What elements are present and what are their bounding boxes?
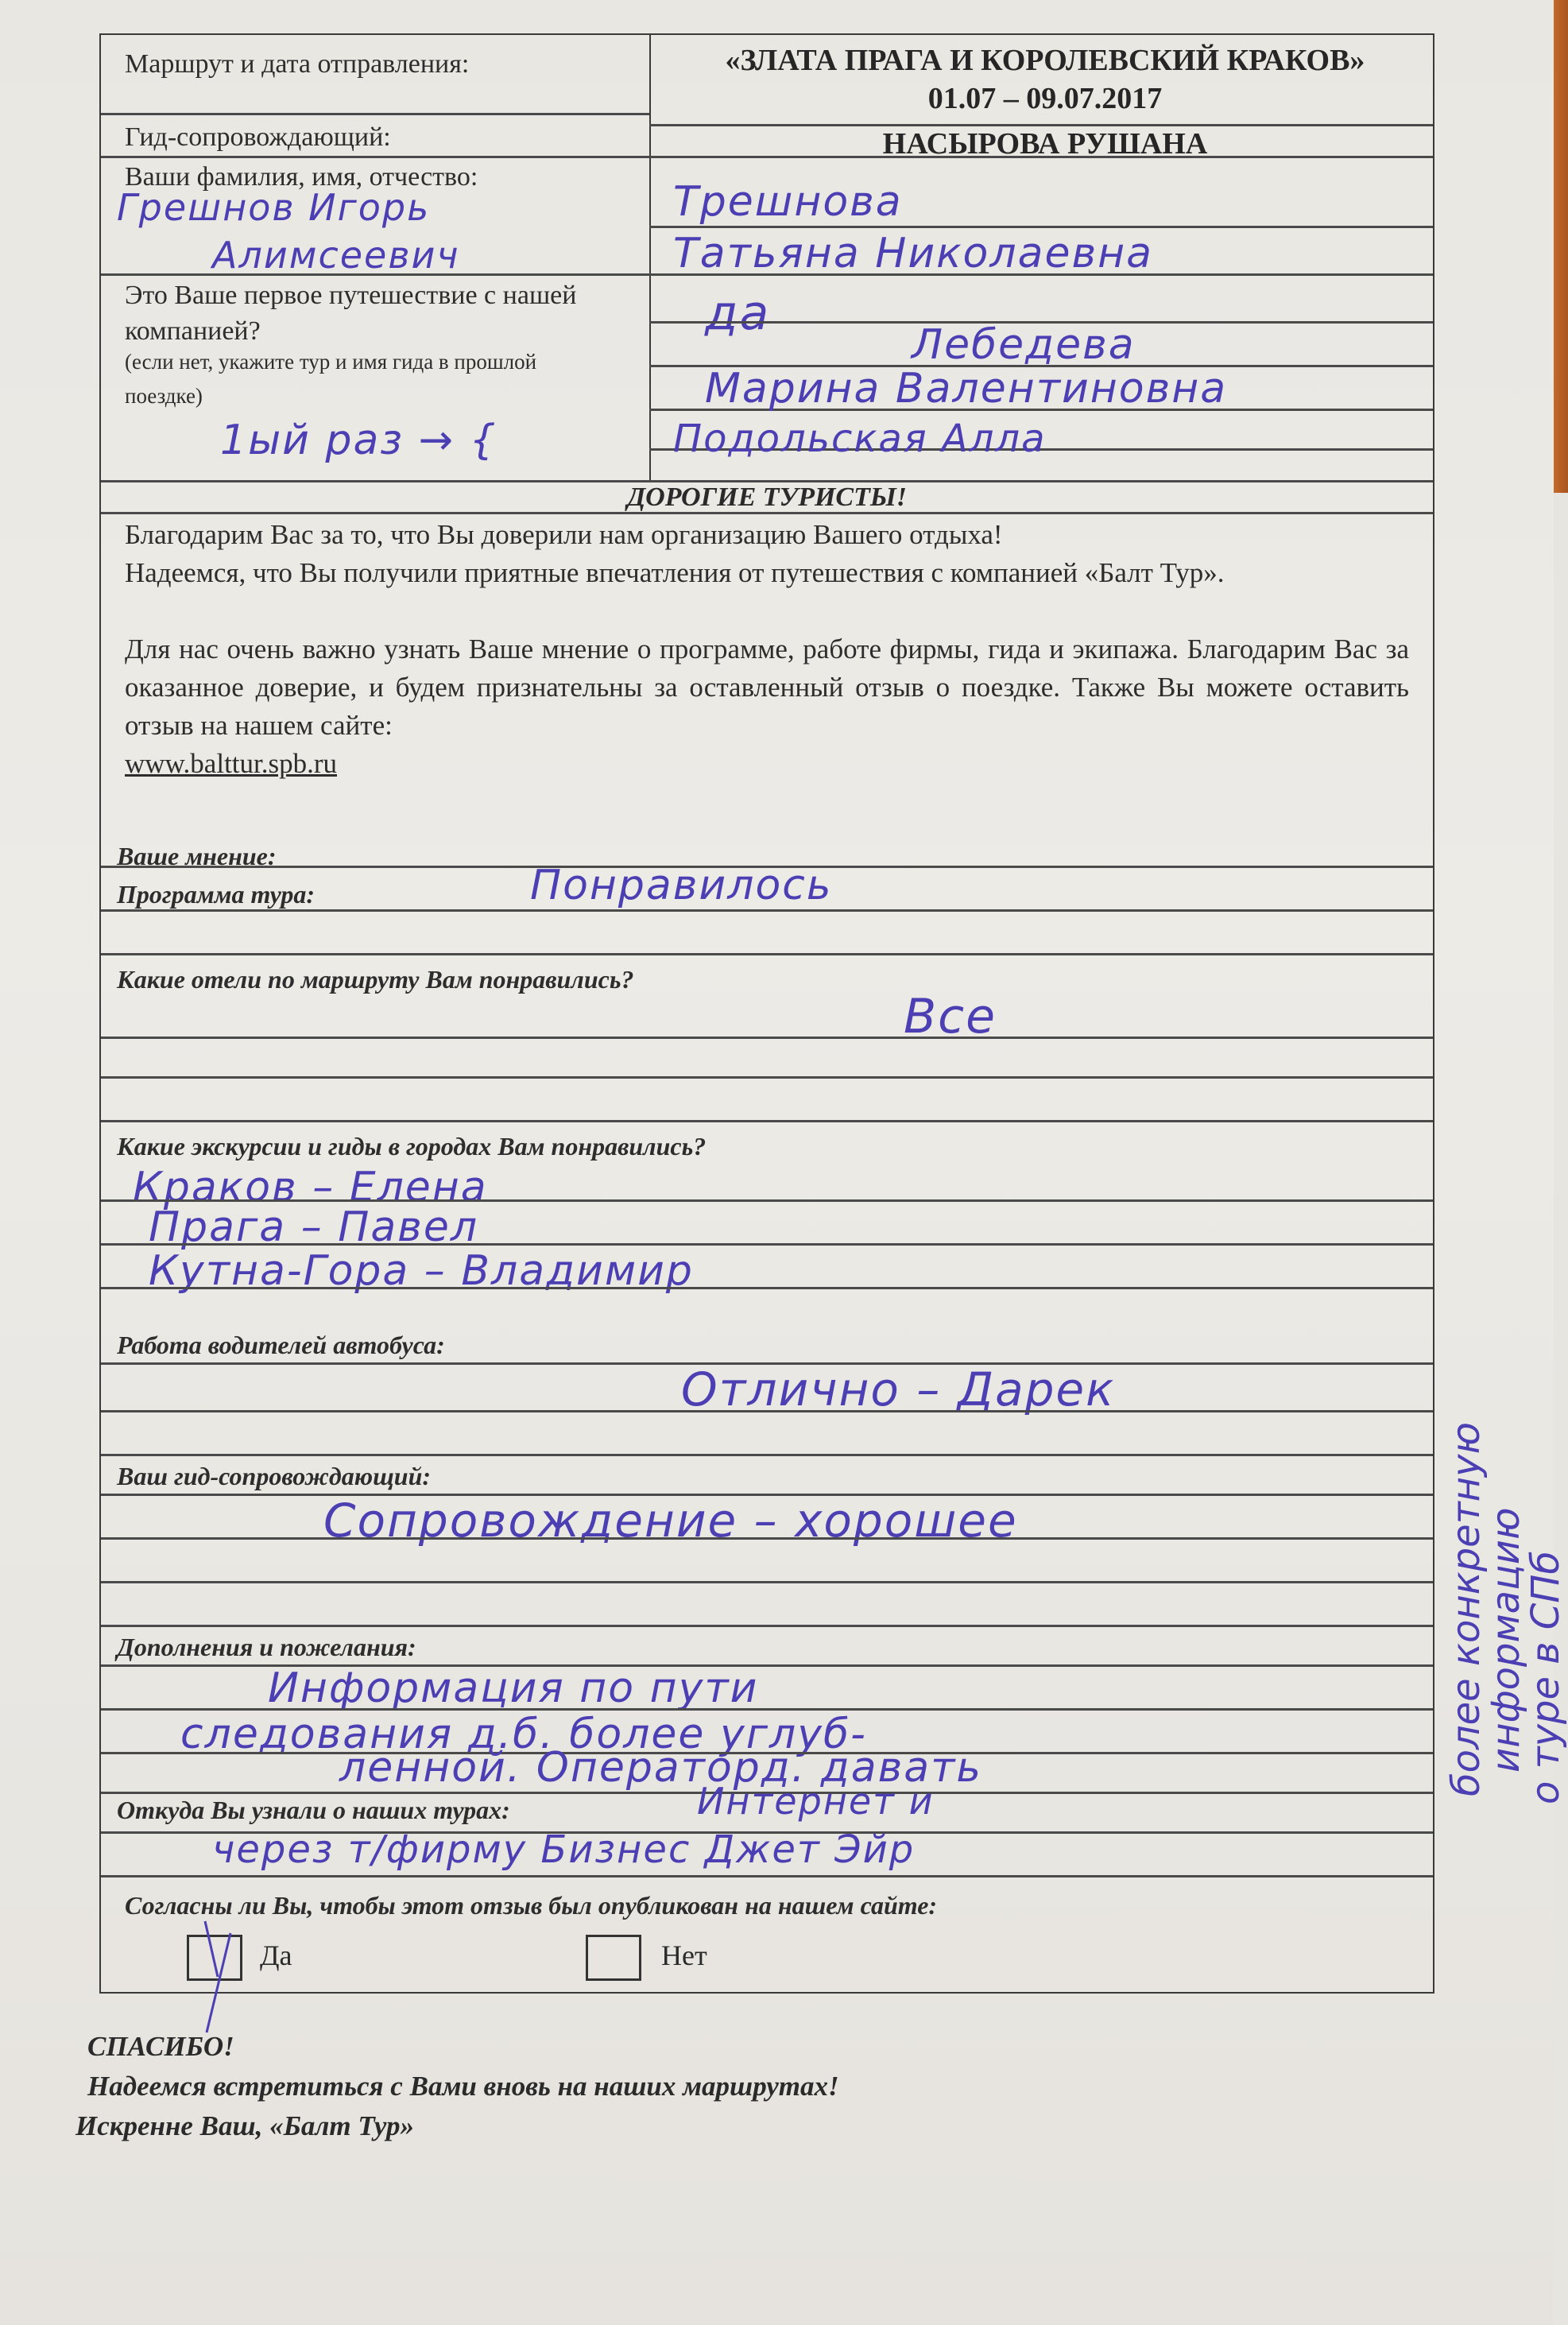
first-trip-label: Это Ваше первое путешествие с нашей комп… [125,277,618,349]
divider [101,1875,1433,1877]
source-answer-1: Интернет и [697,1780,934,1823]
website-link[interactable]: www.balttur.spb.ru [125,745,1409,783]
check-mark-icon [189,1921,240,2017]
first-trip-extra-1: Лебедева [912,321,1136,369]
wishes-answer-1: Информация по пути [268,1664,758,1712]
first-trip-extra-2: Марина Валентиновна [705,365,1227,413]
first-trip-hint: (если нет, укажите тур и имя гида в прош… [125,345,618,413]
divider [101,1243,1433,1246]
divider [101,1076,1433,1079]
publish-yes-label: Да [260,1939,292,1972]
first-trip-answer: да [705,285,770,341]
publish-label: Согласны ли Вы, чтобы этот отзыв был опу… [125,1891,937,1920]
first-trip-left-note: 1ый раз → { [220,417,498,464]
feedback-form: Маршрут и дата отправления: «ЗЛАТА ПРАГА… [99,33,1434,1994]
first-trip-extra-3: Подольская Алла [673,417,1047,461]
column-divider [649,35,651,480]
name-handwritten-right-1: Трешнова [673,178,903,226]
footer-signature: Искренне Ваш, «Балт Тур» [75,2110,414,2142]
divider [101,953,1433,955]
publish-no-label: Нет [661,1939,707,1972]
guide-feedback-label: Ваш гид-сопровождающий: [117,1462,431,1491]
program-answer: Понравилось [530,862,833,909]
intro-paragraph-1: Благодарим Вас за то, что Вы доверили на… [125,516,1409,554]
divider [101,1037,1433,1039]
name-handwritten-right-2: Татьяна Николаевна [673,230,1153,277]
divider [649,226,1433,228]
guide-label: Гид-сопровождающий: [125,122,391,153]
footer-thanks: СПАСИБО! [87,2031,234,2063]
name-handwritten-left-2: Алимсеевич [212,234,460,277]
route-label: Маршрут и дата отправления: [125,49,469,79]
divider [101,1120,1433,1122]
program-label: Программа тура: [117,880,315,909]
intro-title: ДОРОГИЕ ТУРИСТЫ! [101,482,1433,513]
name-handwritten-left-1: Грешнов Игорь [117,186,430,229]
wishes-label: Дополнения и пожелания: [117,1633,416,1662]
divider [101,1625,1433,1627]
divider [101,1537,1433,1540]
excursions-label: Какие экскурсии и гиды в городах Вам пон… [117,1132,706,1161]
divider [101,1410,1433,1412]
source-label: Откуда Вы узнали о наших турах: [117,1796,510,1825]
intro-paragraph-2: Надеемся, что Вы получили приятные впеча… [125,554,1409,592]
margin-note-3: о туре в СПб [1522,1551,1568,1804]
divider [101,156,1433,158]
route-value: «ЗЛАТА ПРАГА И КОРОЛЕВСКИЙ КРАКОВ» [657,43,1433,78]
divider [101,909,1433,912]
divider [101,512,1433,514]
publish-yes-checkbox[interactable] [187,1935,242,1981]
drivers-answer: Отлично – Дарек [681,1362,1115,1416]
divider [101,1581,1433,1583]
publish-no-checkbox[interactable] [586,1935,641,1981]
footer-hope: Надеемся встретиться с Вами вновь на наш… [87,2071,839,2102]
hotels-label: Какие отели по маршруту Вам понравились? [117,965,633,994]
divider [101,273,1433,276]
divider [101,1287,1433,1289]
divider [101,1454,1433,1456]
source-answer-2: через т/фирму Бизнес Джет Эйр [212,1827,915,1872]
intro-paragraph-3: Для нас очень важно узнать Ваше мнение о… [125,630,1409,745]
route-dates: 01.07 – 09.07.2017 [657,81,1433,116]
drivers-label: Работа водителей автобуса: [117,1331,445,1360]
divider [101,113,649,115]
table-edge [1554,0,1568,493]
divider [101,1199,1433,1202]
